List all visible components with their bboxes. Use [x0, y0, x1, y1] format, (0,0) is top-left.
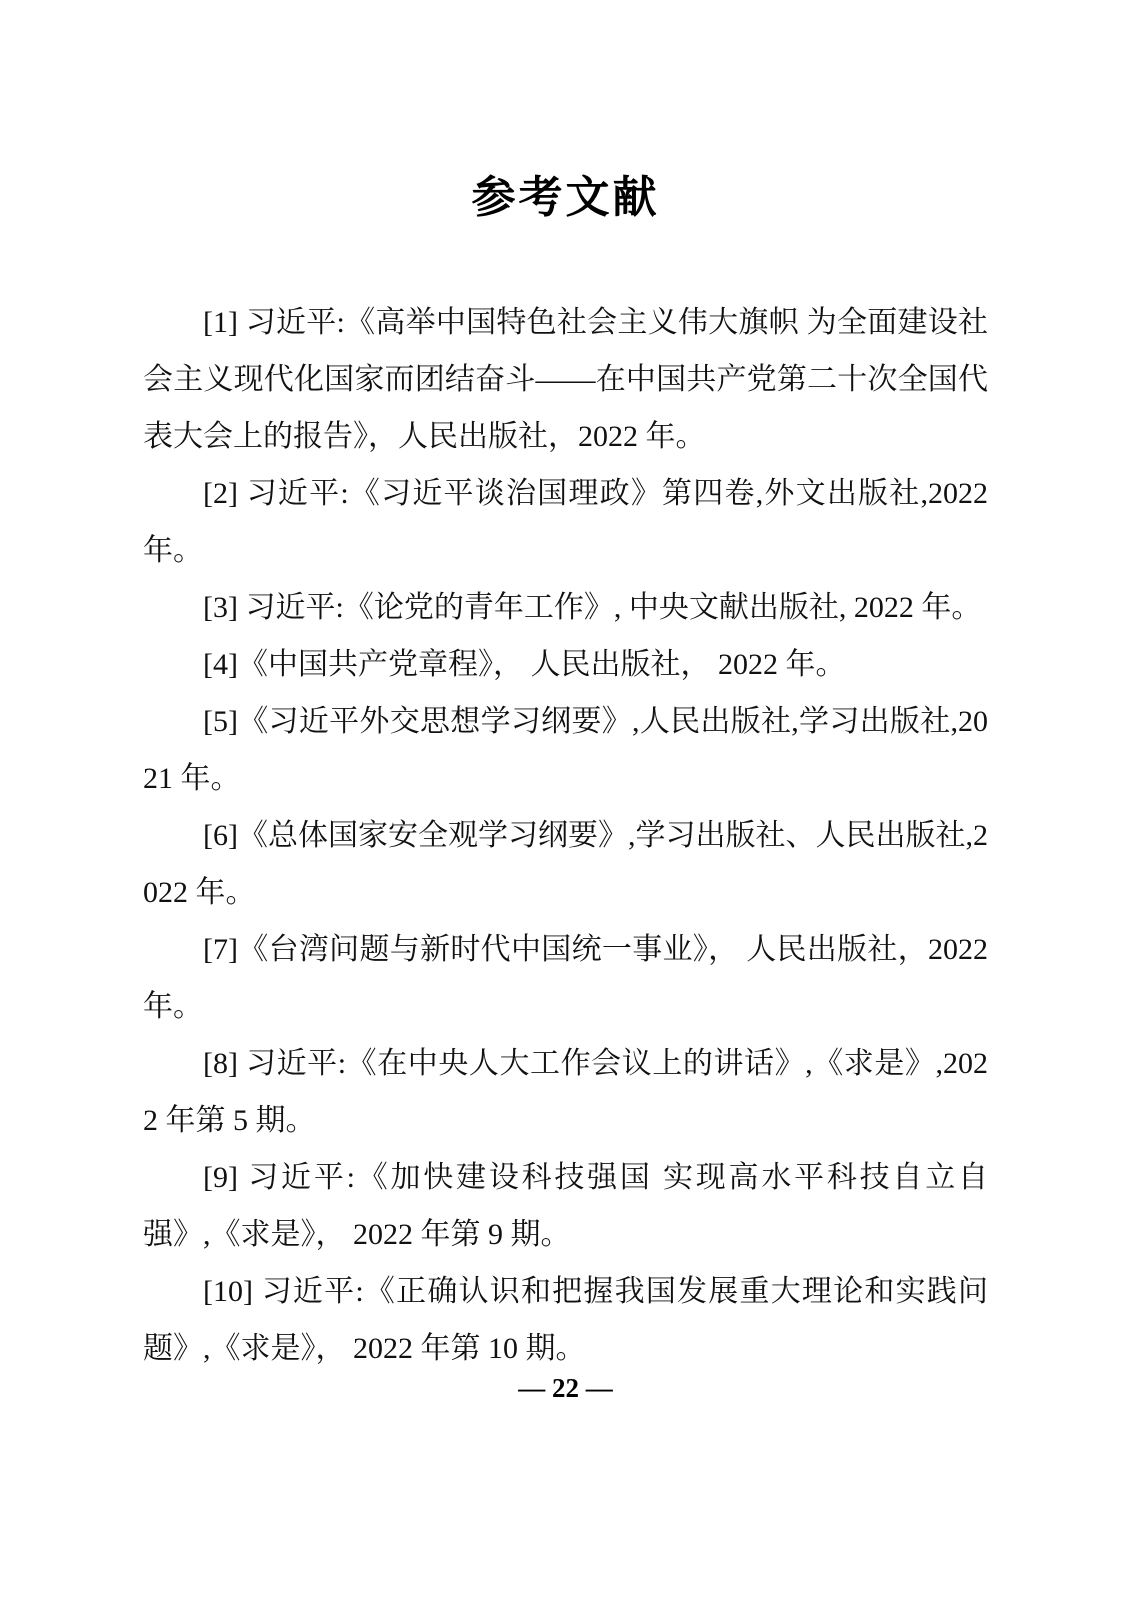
reference-item-6: [6]《总体国家安全观学习纲要》,学习出版社、人民出版社,2022 年。 [143, 807, 988, 921]
references-list: [1] 习近平:《高举中国特色社会主义伟大旗帜 为全面建设社会主义现代化国家而团… [143, 294, 988, 1377]
reference-item-10: [10] 习近平:《正确认识和把握我国发展重大理论和实践问题》,《求是》， 20… [143, 1263, 988, 1377]
reference-item-3: [3] 习近平:《论党的青年工作》, 中央文献出版社, 2022 年。 [143, 579, 988, 636]
reference-item-7: [7]《台湾问题与新时代中国统一事业》， 人民出版社，2022 年。 [143, 921, 988, 1035]
document-page: 参考文献 [1] 习近平:《高举中国特色社会主义伟大旗帜 为全面建设社会主义现代… [0, 0, 1131, 1600]
reference-item-4: [4]《中国共产党章程》， 人民出版社， 2022 年。 [143, 636, 988, 693]
reference-item-5: [5]《习近平外交思想学习纲要》,人民出版社,学习出版社,2021 年。 [143, 693, 988, 807]
reference-item-9: [9] 习近平:《加快建设科技强国 实现高水平科技自立自强》,《求是》， 202… [143, 1149, 988, 1263]
page-number: — 22 — [0, 1372, 1131, 1404]
reference-item-1: [1] 习近平:《高举中国特色社会主义伟大旗帜 为全面建设社会主义现代化国家而团… [143, 294, 988, 465]
page-title: 参考文献 [0, 0, 1131, 224]
reference-item-8: [8] 习近平:《在中央人大工作会议上的讲话》,《求是》,2022 年第 5 期… [143, 1035, 988, 1149]
reference-item-2: [2] 习近平:《习近平谈治国理政》第四卷,外文出版社,2022 年。 [143, 465, 988, 579]
